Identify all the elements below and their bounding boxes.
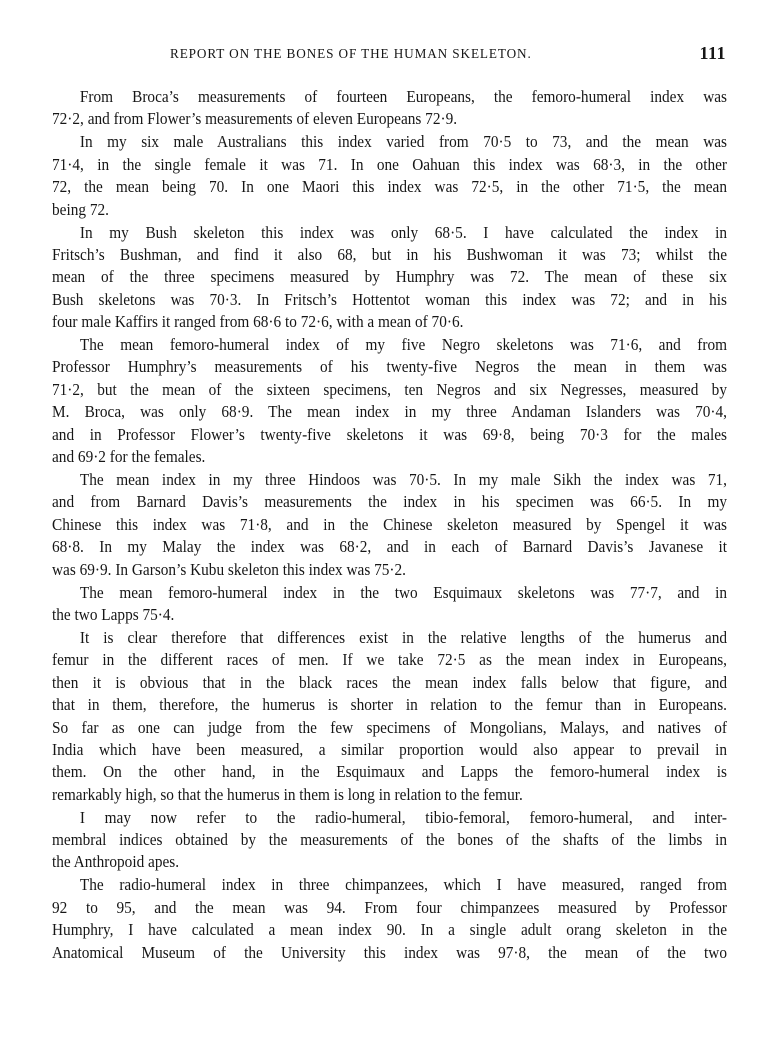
text-line: then it is obvious that in the black rac… — [52, 672, 727, 694]
text-line: femur in the different races of men. If … — [52, 649, 727, 671]
text-line: In my six male Australians this index va… — [52, 131, 727, 153]
text-line: Humphry, I have calculated a mean index … — [52, 919, 727, 941]
text-line: the two Lapps 75·4. — [52, 604, 727, 626]
text-line: 71·2, but the mean of the sixteen specim… — [52, 379, 727, 401]
paragraph-conclusion: It is clear therefore that differences e… — [52, 627, 728, 806]
text-line: remarkably high, so that the humerus in … — [52, 784, 727, 806]
text-line: I may now refer to the radio-humeral, ti… — [52, 807, 727, 829]
text-line: mean of the three specimens measured by … — [52, 266, 727, 288]
text-line: The mean femoro-humeral index of my five… — [52, 334, 727, 356]
text-line: was 69·9. In Garson’s Kubu skeleton this… — [52, 559, 727, 581]
text-line: Chinese this index was 71·8, and in the … — [52, 514, 727, 536]
text-line: and 69·2 for the females. — [52, 446, 727, 468]
text-line: 68·8. In my Malay the index was 68·2, an… — [52, 536, 727, 558]
text-line: The mean index in my three Hindoos was 7… — [52, 469, 727, 491]
text-line: 72, the mean being 70. In one Maori this… — [52, 176, 727, 198]
text-line: From Broca’s measurements of fourteen Eu… — [52, 86, 727, 108]
text-line: and in Professor Flower’s twenty-five sk… — [52, 424, 727, 446]
text-line: Professor Humphry’s measurements of his … — [52, 356, 727, 378]
text-line: M. Broca, was only 68·9. The mean index … — [52, 401, 727, 423]
text-line: Bush skeletons was 70·3. In Fritsch’s Ho… — [52, 289, 727, 311]
text-line: them. On the other hand, in the Esquimau… — [52, 761, 727, 783]
paragraph-hindoos: The mean index in my three Hindoos was 7… — [52, 469, 728, 581]
text-line: being 72. — [52, 199, 727, 221]
text-line: The radio-humeral index in three chimpan… — [52, 874, 727, 896]
text-line: Anatomical Museum of the University this… — [52, 942, 727, 964]
text-line: Fritsch’s Bushman, and find it also 68, … — [52, 244, 727, 266]
text-line: 71·4, in the single female it was 71. In… — [52, 154, 727, 176]
text-line: 92 to 95, and the mean was 94. From four… — [52, 897, 727, 919]
paragraph-anthropoid-intro: I may now refer to the radio-humeral, ti… — [52, 807, 728, 874]
text-line: In my Bush skeleton this index was only … — [52, 222, 727, 244]
paragraph-australians: In my six male Australians this index va… — [52, 131, 728, 221]
page-number: 111 — [699, 43, 726, 64]
text-line: So far as one can judge from the few spe… — [52, 717, 727, 739]
running-head: REPORT ON THE BONES OF THE HUMAN SKELETO… — [52, 44, 728, 64]
paragraph-radio-humeral: The radio-humeral index in three chimpan… — [52, 874, 728, 964]
paragraph-bush: In my Bush skeleton this index was only … — [52, 222, 728, 334]
text-line: the Anthropoid apes. — [52, 851, 727, 873]
paragraph-broca-flower: From Broca’s measurements of fourteen Eu… — [52, 86, 728, 131]
text-line: The mean femoro-humeral index in the two… — [52, 582, 727, 604]
paragraph-negro: The mean femoro-humeral index of my five… — [52, 334, 728, 468]
text-line: 72·2, and from Flower’s measurements of … — [52, 108, 727, 130]
text-line: membral indices obtained by the measurem… — [52, 829, 727, 851]
text-line: that in them, therefore, the humerus is … — [52, 694, 727, 716]
body-text: From Broca’s measurements of fourteen Eu… — [52, 86, 728, 964]
text-line: and from Barnard Davis’s measurements th… — [52, 491, 727, 513]
running-title: REPORT ON THE BONES OF THE HUMAN SKELETO… — [170, 46, 532, 62]
paragraph-esquimaux: The mean femoro-humeral index in the two… — [52, 582, 728, 627]
text-line: India which have been measured, a simila… — [52, 739, 727, 761]
text-line: four male Kaffirs it ranged from 68·6 to… — [52, 311, 727, 333]
text-line: It is clear therefore that differences e… — [52, 627, 727, 649]
